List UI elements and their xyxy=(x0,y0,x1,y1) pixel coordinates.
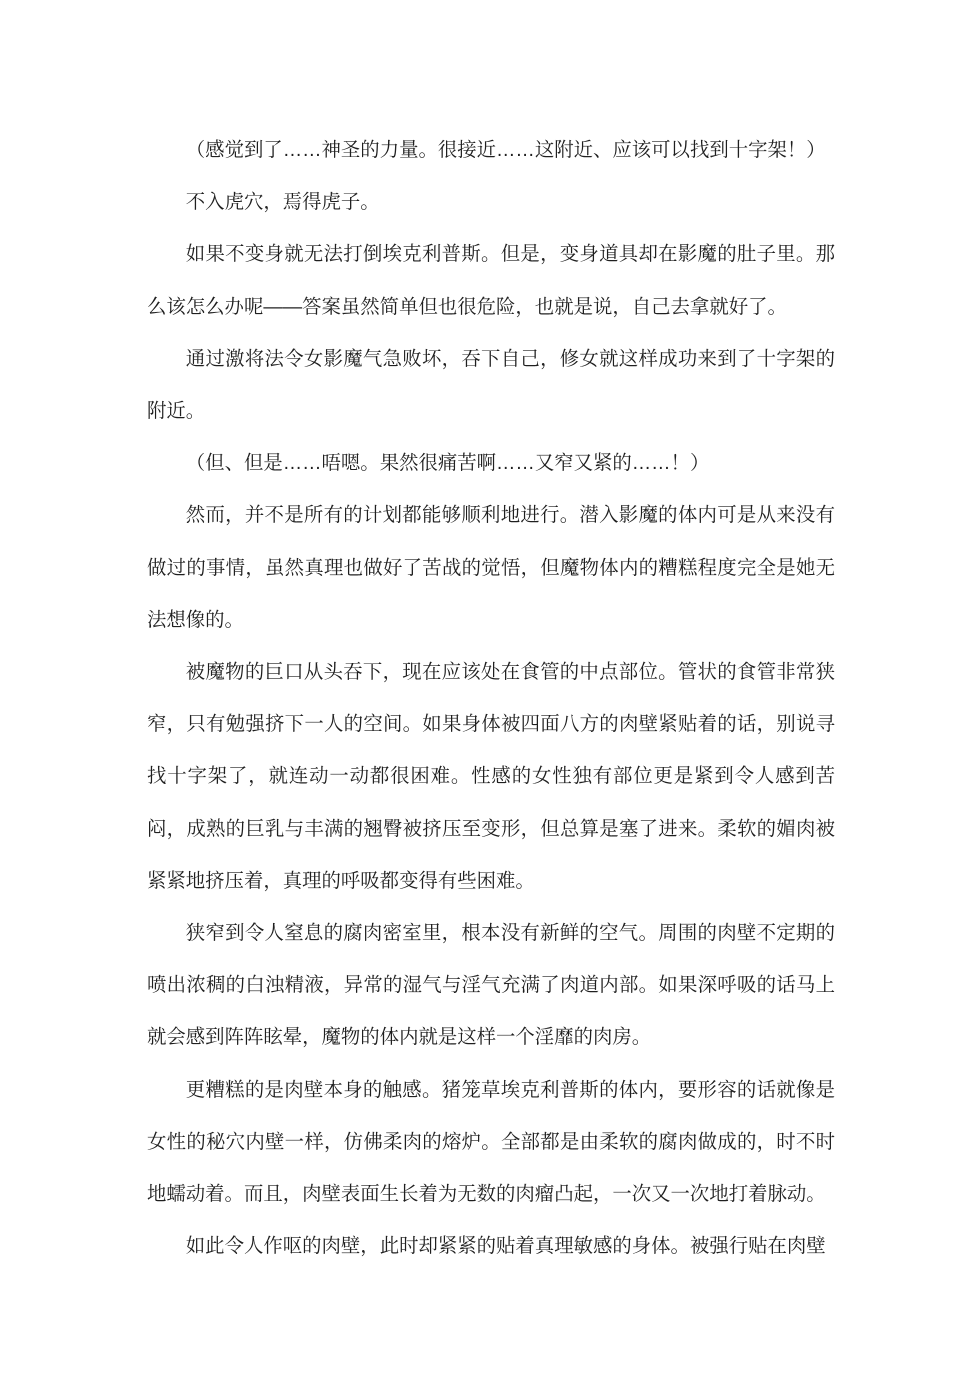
paragraph-1: （感觉到了……神圣的力量。很接近……这附近、应该可以找到十字架！） xyxy=(147,124,835,176)
paragraph-6: 然而，并不是所有的计划都能够顺利地进行。潜入影魔的体内可是从来没有做过的事情，虽… xyxy=(147,489,835,646)
paragraph-7: 被魔物的巨口从头吞下，现在应该处在食管的中点部位。管状的食管非常狭窄，只有勉强挤… xyxy=(147,646,835,907)
paragraph-8: 狭窄到令人窒息的腐肉密室里，根本没有新鲜的空气。周围的肉壁不定期的喷出浓稠的白浊… xyxy=(147,907,835,1064)
paragraph-9: 更糟糕的是肉壁本身的触感。猪笼草埃克利普斯的体内，要形容的话就像是女性的秘穴内壁… xyxy=(147,1064,835,1221)
paragraph-4: 通过激将法令女影魔气急败坏，吞下自己，修女就这样成功来到了十字架的附近。 xyxy=(147,333,835,437)
novel-text-page: （感觉到了……神圣的力量。很接近……这附近、应该可以找到十字架！） 不入虎穴，焉… xyxy=(147,124,835,1272)
paragraph-3: 如果不变身就无法打倒埃克利普斯。但是，变身道具却在影魔的肚子里。那么该怎么办呢—… xyxy=(147,228,835,332)
paragraph-5: （但、但是……唔嗯。果然很痛苦啊……又窄又紧的……！） xyxy=(147,437,835,489)
paragraph-2: 不入虎穴，焉得虎子。 xyxy=(147,176,835,228)
paragraph-10: 如此令人作呕的肉壁，此时却紧紧的贴着真理敏感的身体。被强行贴在肉壁 xyxy=(147,1220,835,1272)
